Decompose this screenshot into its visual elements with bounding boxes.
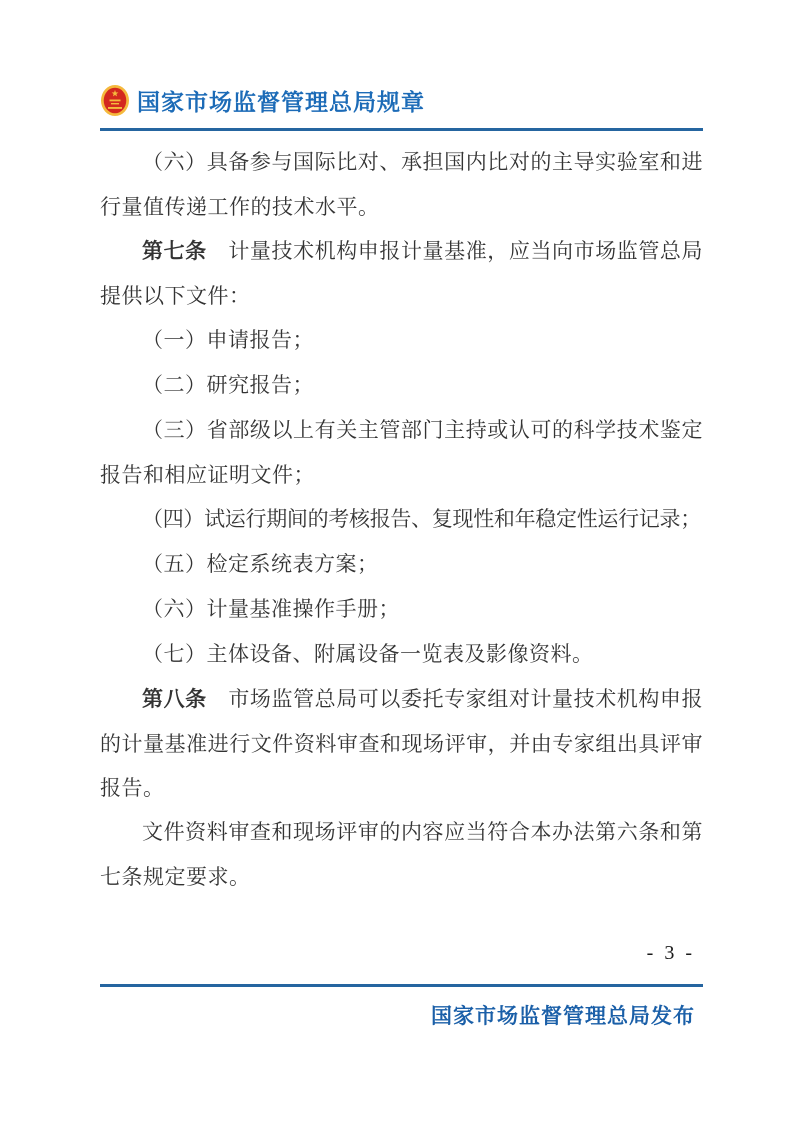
paragraph-text: （二）研究报告； xyxy=(142,373,314,397)
body-paragraph: （二）研究报告； xyxy=(100,363,703,408)
body-paragraph: （六）具备参与国际比对、承担国内比对的主导实验室和进行量值传递工作的技术水平。 xyxy=(100,140,703,229)
page-header-title: 国家市场监督管理总局规章 xyxy=(137,84,425,117)
page-header: 国家市场监督管理总局规章 xyxy=(100,84,703,117)
body-paragraph: （五）检定系统表方案； xyxy=(100,542,703,587)
publisher-label: 国家市场监督管理总局发布 xyxy=(100,1000,695,1030)
body-paragraph: （六）计量基准操作手册； xyxy=(100,587,703,632)
paragraph-text: （六）计量基准操作手册； xyxy=(142,597,400,621)
document-body: （六）具备参与国际比对、承担国内比对的主导实验室和进行量值传递工作的技术水平。 … xyxy=(100,140,703,899)
footer-divider-line xyxy=(100,984,703,987)
body-paragraph: （一）申请报告； xyxy=(100,318,703,363)
paragraph-text: （六）具备参与国际比对、承担国内比对的主导实验室和进行量值传递工作的技术水平。 xyxy=(100,150,703,219)
body-paragraph: （三）省部级以上有关主管部门主持或认可的科学技术鉴定报告和相应证明文件； xyxy=(100,408,703,497)
paragraph-text: （四）试运行期间的考核报告、复现性和年稳定性运行记录； xyxy=(142,507,701,531)
document-page: 国家市场监督管理总局规章 （六）具备参与国际比对、承担国内比对的主导实验室和进行… xyxy=(0,0,793,1122)
paragraph-text: 文件资料审查和现场评审的内容应当符合本办法第六条和第七条规定要求。 xyxy=(100,820,703,889)
paragraph-text: （五）检定系统表方案； xyxy=(142,552,379,576)
paragraph-text: （三）省部级以上有关主管部门主持或认可的科学技术鉴定报告和相应证明文件； xyxy=(100,418,703,487)
paragraph-text: （七）主体设备、附属设备一览表及影像资料。 xyxy=(142,642,594,666)
body-paragraph: （四）试运行期间的考核报告、复现性和年稳定性运行记录； xyxy=(100,497,703,542)
body-paragraph: 文件资料审查和现场评审的内容应当符合本办法第六条和第七条规定要求。 xyxy=(100,810,703,899)
paragraph-text: （一）申请报告； xyxy=(142,328,314,352)
body-paragraph: 第七条 计量技术机构申报计量基准，应当向市场监管总局提供以下文件： xyxy=(100,229,703,318)
china-national-emblem-icon xyxy=(100,84,130,117)
page-number: - 3 - xyxy=(100,942,695,965)
clause-lead: 第八条 xyxy=(142,688,207,711)
body-paragraph: （七）主体设备、附属设备一览表及影像资料。 xyxy=(100,632,703,677)
clause-lead: 第七条 xyxy=(142,240,207,263)
body-paragraph: 第八条 市场监管总局可以委托专家组对计量技术机构申报的计量基准进行文件资料审查和… xyxy=(100,677,703,810)
header-divider-line xyxy=(100,128,703,131)
